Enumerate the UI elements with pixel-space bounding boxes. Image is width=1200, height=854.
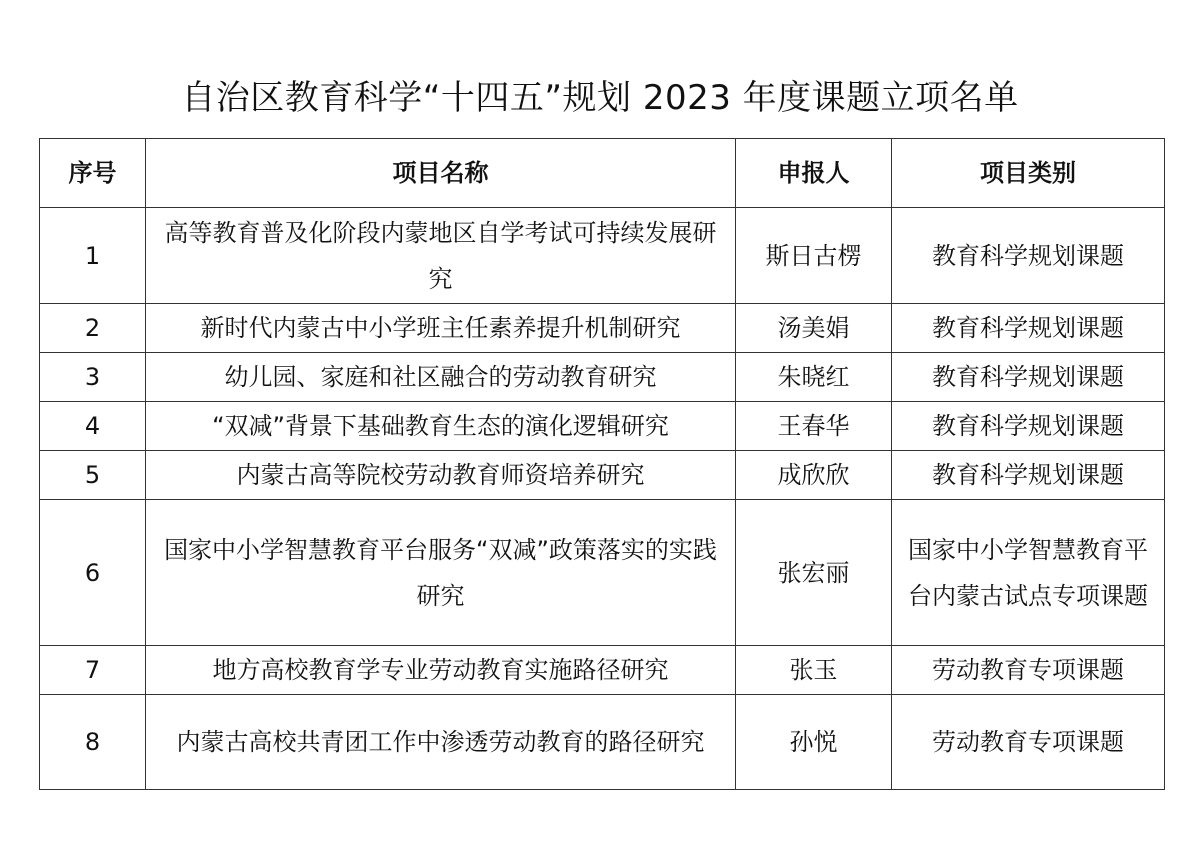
row-index: 4 <box>40 402 146 451</box>
row-project-name: 高等教育普及化阶段内蒙地区自学考试可持续发展研究 <box>146 208 736 304</box>
row-index: 7 <box>40 646 146 695</box>
row-project-name: “双减”背景下基础教育生态的演化逻辑研究 <box>146 402 736 451</box>
row-index: 2 <box>40 304 146 353</box>
row-project-name: 内蒙古高校共青团工作中渗透劳动教育的路径研究 <box>146 695 736 790</box>
row-project-name: 地方高校教育学专业劳动教育实施路径研究 <box>146 646 736 695</box>
table-row: 6 国家中小学智慧教育平台服务“双减”政策落实的实践研究 张宏丽 国家中小学智慧… <box>40 500 1165 646</box>
row-project-name: 国家中小学智慧教育平台服务“双减”政策落实的实践研究 <box>146 500 736 646</box>
row-index: 3 <box>40 353 146 402</box>
row-category: 教育科学规划课题 <box>892 402 1165 451</box>
row-index: 8 <box>40 695 146 790</box>
row-index: 5 <box>40 451 146 500</box>
row-category: 劳动教育专项课题 <box>892 695 1165 790</box>
row-project-name: 幼儿园、家庭和社区融合的劳动教育研究 <box>146 353 736 402</box>
row-category: 教育科学规划课题 <box>892 451 1165 500</box>
row-project-name: 内蒙古高等院校劳动教育师资培养研究 <box>146 451 736 500</box>
header-project-name: 项目名称 <box>146 139 736 208</box>
table-row: 7 地方高校教育学专业劳动教育实施路径研究 张玉 劳动教育专项课题 <box>40 646 1165 695</box>
header-index: 序号 <box>40 139 146 208</box>
table-row: 8 内蒙古高校共青团工作中渗透劳动教育的路径研究 孙悦 劳动教育专项课题 <box>40 695 1165 790</box>
row-applicant: 成欣欣 <box>736 451 892 500</box>
row-category: 国家中小学智慧教育平台内蒙古试点专项课题 <box>892 500 1165 646</box>
row-applicant: 王春华 <box>736 402 892 451</box>
header-applicant: 申报人 <box>736 139 892 208</box>
row-category: 劳动教育专项课题 <box>892 646 1165 695</box>
row-index: 6 <box>40 500 146 646</box>
row-index: 1 <box>40 208 146 304</box>
row-applicant: 斯日古楞 <box>736 208 892 304</box>
table-row: 3 幼儿园、家庭和社区融合的劳动教育研究 朱晓红 教育科学规划课题 <box>40 353 1165 402</box>
row-category: 教育科学规划课题 <box>892 353 1165 402</box>
row-category: 教育科学规划课题 <box>892 304 1165 353</box>
project-list-table: 序号 项目名称 申报人 项目类别 1 高等教育普及化阶段内蒙地区自学考试可持续发… <box>39 138 1165 790</box>
document-title: 自治区教育科学“十四五”规划 2023 年度课题立项名单 <box>0 70 1200 126</box>
row-project-name: 新时代内蒙古中小学班主任素养提升机制研究 <box>146 304 736 353</box>
table-row: 1 高等教育普及化阶段内蒙地区自学考试可持续发展研究 斯日古楞 教育科学规划课题 <box>40 208 1165 304</box>
row-applicant: 张玉 <box>736 646 892 695</box>
row-applicant: 张宏丽 <box>736 500 892 646</box>
row-applicant: 汤美娟 <box>736 304 892 353</box>
row-category: 教育科学规划课题 <box>892 208 1165 304</box>
table-row: 5 内蒙古高等院校劳动教育师资培养研究 成欣欣 教育科学规划课题 <box>40 451 1165 500</box>
row-applicant: 孙悦 <box>736 695 892 790</box>
table-row: 2 新时代内蒙古中小学班主任素养提升机制研究 汤美娟 教育科学规划课题 <box>40 304 1165 353</box>
row-applicant: 朱晓红 <box>736 353 892 402</box>
table-row: 4 “双减”背景下基础教育生态的演化逻辑研究 王春华 教育科学规划课题 <box>40 402 1165 451</box>
table-header-row: 序号 项目名称 申报人 项目类别 <box>40 139 1165 208</box>
header-category: 项目类别 <box>892 139 1165 208</box>
